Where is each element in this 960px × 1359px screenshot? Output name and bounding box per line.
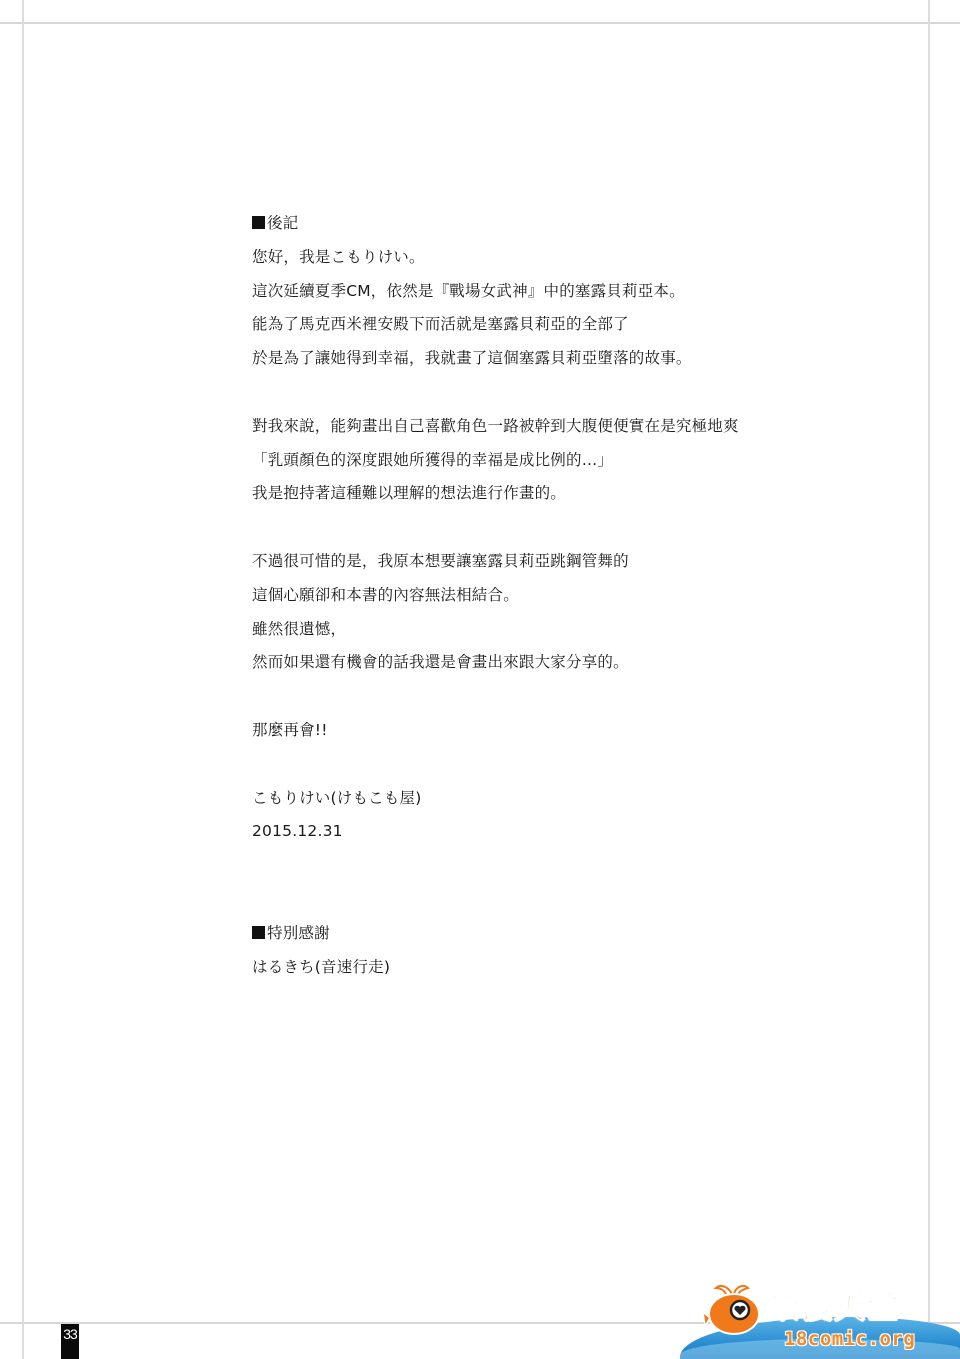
special-thanks-heading: 特別感謝 xyxy=(252,917,812,951)
afterword-text: 後記 您好，我是こもりけい。 這次延續夏季CM，依然是『戰場女武神』中的塞露貝莉… xyxy=(252,207,812,984)
paragraph-line: 能為了馬克西米裡安殿下而活就是塞露貝莉亞的全部了 xyxy=(252,308,812,342)
afterword-heading: 後記 xyxy=(252,207,812,241)
section-spacer xyxy=(252,849,812,917)
paragraph-line: 我是抱持著這種難以理解的想法進行作畫的。 xyxy=(252,477,812,511)
paragraph-spacer xyxy=(252,680,812,714)
signature-date: 2015.12.31 xyxy=(252,815,812,849)
watermark-title: 禁漫天堂 xyxy=(768,1290,900,1326)
paragraph-line: 於是為了讓她得到幸福，我就畫了這個塞露貝莉亞墮落的故事。 xyxy=(252,342,812,376)
special-thanks-name: はるきち(音速行走) xyxy=(252,951,812,985)
paragraph-line: 這個心願卻和本書的內容無法相結合。 xyxy=(252,579,812,613)
paragraph-line: 這次延續夏季CM，依然是『戰場女武神』中的塞露貝莉亞本。 xyxy=(252,275,812,309)
crop-mark-right xyxy=(928,0,930,1359)
author-signature: こもりけい(けもこも屋) xyxy=(252,782,812,816)
crop-mark-top xyxy=(0,22,960,24)
paragraph-line: 不過很可惜的是，我原本想要讓塞露貝莉亞跳鋼管舞的 xyxy=(252,545,812,579)
paragraph-spacer xyxy=(252,511,812,545)
crop-mark-left xyxy=(22,0,24,1359)
site-watermark: 禁漫天堂 18comic.org xyxy=(690,1268,960,1359)
paragraph-line: 「乳頭顏色的深度跟她所獲得的幸福是成比例的…」 xyxy=(252,444,812,478)
paragraph-spacer xyxy=(252,748,812,782)
page-number: 33 xyxy=(61,1324,79,1359)
paragraph-line: 雖然很遺憾， xyxy=(252,613,812,647)
watermark-url: 18comic.org xyxy=(784,1328,915,1350)
paragraph-line: 然而如果還有機會的話我還是會畫出來跟大家分享的。 xyxy=(252,646,812,680)
whale-mascot-icon xyxy=(702,1282,764,1338)
paragraph-spacer xyxy=(252,376,812,410)
paragraph-line: 對我來說，能夠畫出自己喜歡角色一路被幹到大腹便便實在是究極地爽 xyxy=(252,410,812,444)
paragraph-line: 您好，我是こもりけい。 xyxy=(252,241,812,275)
farewell-line: 那麼再會!! xyxy=(252,714,812,748)
